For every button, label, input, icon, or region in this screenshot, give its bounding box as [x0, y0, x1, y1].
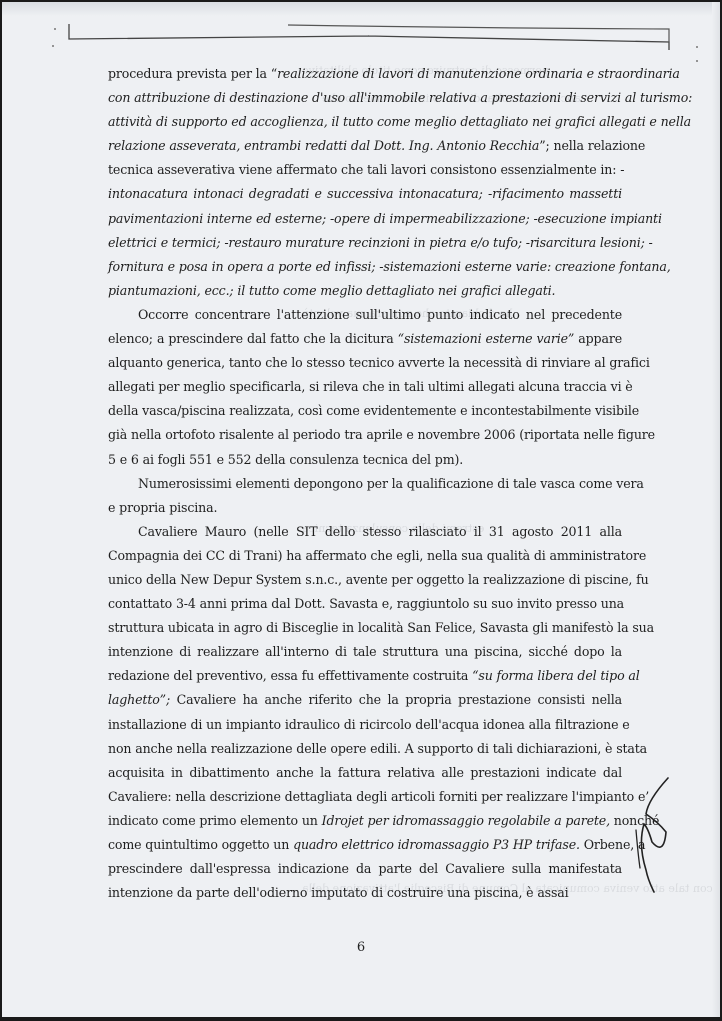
text-line: struttura ubicata in agro di Bisceglie i…	[108, 616, 622, 640]
text-segment: e propria piscina.	[108, 500, 217, 515]
scan-speck	[54, 28, 56, 30]
text-line: procedura prevista per la “realizzazione…	[108, 62, 622, 86]
text-line: relazione asseverata, entrambi redatti d…	[108, 134, 622, 158]
scan-speck	[696, 46, 698, 48]
italic-text: pavimentazioni interne ed esterne; -oper…	[108, 211, 662, 226]
text-segment: Cavaliere: nella descrizione dettagliata…	[108, 789, 649, 804]
text-line: piantumazioni, ecc.; il tutto come megli…	[108, 279, 622, 303]
text-line: Occorre concentrare l'attenzione sull'ul…	[108, 303, 622, 327]
text-segment: redazione del preventivo, essa fu effett…	[108, 668, 472, 683]
text-line: Cavaliere Mauro (nelle SIT dello stesso …	[108, 520, 622, 544]
body-text: procedura prevista per la “realizzazione…	[108, 62, 622, 905]
text-segment: Occorre concentrare l'attenzione sull'ul…	[138, 307, 622, 322]
paragraph-p3: Numerosissimi elementi depongono per la …	[108, 472, 622, 520]
italic-text: “su forma libera del tipo al	[472, 668, 639, 683]
text-segment: già nella ortofoto risalente al periodo …	[108, 427, 655, 442]
paragraph-p4: Cavaliere Mauro (nelle SIT dello stesso …	[108, 520, 622, 906]
text-segment: intenzione di realizzare all'interno di …	[108, 644, 622, 659]
text-line: Compagnia dei CC di Trani) ha affermato …	[108, 544, 622, 568]
text-line: contattato 3-4 anni prima dal Dott. Sava…	[108, 592, 622, 616]
text-segment: allegati per meglio specificarla, si ril…	[108, 379, 633, 394]
text-segment: contattato 3-4 anni prima dal Dott. Sava…	[108, 596, 624, 611]
italic-text: relazione asseverata, entrambi redatti d…	[108, 138, 539, 153]
text-line: con attribuzione di destinazione d'uso a…	[108, 86, 622, 110]
text-segment: elenco; a prescindere dal fatto che la d…	[108, 331, 398, 346]
text-line: acquisita in dibattimento anche la fattu…	[108, 761, 622, 785]
text-line: alquanto generica, tanto che lo stesso t…	[108, 351, 622, 375]
text-line: come quintultimo oggetto un quadro elett…	[108, 833, 622, 857]
italic-text: elettrici e termici; -restauro murature …	[108, 235, 653, 250]
text-line: pavimentazioni interne ed esterne; -oper…	[108, 207, 622, 231]
text-line: tecnica asseverativa viene affermato che…	[108, 158, 622, 182]
text-line: laghetto”; Cavaliere ha anche riferito c…	[108, 688, 622, 712]
text-segment: Cavaliere Mauro (nelle SIT dello stesso …	[138, 524, 622, 539]
text-line: 5 e 6 ai fogli 551 e 552 della consulenz…	[108, 448, 622, 472]
text-line: intenzione da parte dell'odierno imputat…	[108, 881, 622, 905]
text-segment: ”; nella relazione	[539, 138, 645, 153]
text-line: della vasca/piscina realizzata, così com…	[108, 399, 622, 423]
text-segment: tecnica asseverativa viene affermato che…	[108, 162, 624, 177]
text-segment: prescindere dall'espressa indicazione da…	[108, 861, 622, 876]
text-line: elenco; a prescindere dal fatto che la d…	[108, 327, 622, 351]
italic-text: realizzazione di lavori di manutenzione …	[277, 66, 680, 81]
text-segment: unico della New Depur System s.n.c., ave…	[108, 572, 649, 587]
text-segment: alquanto generica, tanto che lo stesso t…	[108, 355, 650, 370]
text-segment: acquisita in dibattimento anche la fattu…	[108, 765, 622, 780]
text-line: unico della New Depur System s.n.c., ave…	[108, 568, 622, 592]
text-line: indicato come primo elemento un Idrojet …	[108, 809, 622, 833]
text-line: intonacatura intonaci degradati e succes…	[108, 182, 622, 206]
text-line: redazione del preventivo, essa fu effett…	[108, 664, 622, 688]
text-line: già nella ortofoto risalente al periodo …	[108, 423, 622, 447]
text-segment: installazione di un impianto idraulico d…	[108, 717, 630, 732]
text-segment: Compagnia dei CC di Trani) ha affermato …	[108, 548, 646, 563]
text-segment: procedura prevista per la “	[108, 66, 277, 81]
italic-text: piantumazioni, ecc.; il tutto come megli…	[108, 283, 555, 298]
italic-text: Idrojet per idromassaggio regolabile a p…	[322, 813, 610, 828]
text-segment: della vasca/piscina realizzata, così com…	[108, 403, 639, 418]
italic-text: “sistemazioni esterne varie”	[398, 331, 575, 346]
text-segment: come quintultimo oggetto un	[108, 837, 293, 852]
text-line: non anche nella realizzazione delle oper…	[108, 737, 622, 761]
italic-text: con attribuzione di destinazione d'uso a…	[108, 90, 692, 105]
header-rule	[68, 22, 670, 50]
text-segment: indicato come primo elemento un	[108, 813, 322, 828]
text-segment: appare	[574, 331, 622, 346]
text-segment: struttura ubicata in agro di Bisceglie i…	[108, 620, 654, 635]
text-line: prescindere dall'espressa indicazione da…	[108, 857, 622, 881]
text-segment: 5 e 6 ai fogli 551 e 552 della consulenz…	[108, 452, 463, 467]
text-line: installazione di un impianto idraulico d…	[108, 713, 622, 737]
italic-text: attività di supporto ed accoglienza, il …	[108, 114, 691, 129]
paragraph-p2: Occorre concentrare l'attenzione sull'ul…	[108, 303, 622, 472]
italic-text: intonacatura intonaci degradati e succes…	[108, 186, 622, 201]
scan-speck	[696, 60, 698, 62]
text-segment: non anche nella realizzazione delle oper…	[108, 741, 647, 756]
text-line: allegati per meglio specificarla, si ril…	[108, 375, 622, 399]
text-line: e propria piscina.	[108, 496, 622, 520]
paragraph-p1: procedura prevista per la “realizzazione…	[108, 62, 622, 303]
text-segment: intenzione da parte dell'odierno imputat…	[108, 885, 569, 900]
text-segment: Numerosissimi elementi depongono per la …	[138, 476, 644, 491]
text-line: elettrici e termici; -restauro murature …	[108, 231, 622, 255]
scanned-page: permesso di costruire come titolo abilit…	[2, 2, 720, 1017]
scan-speck	[52, 45, 54, 47]
text-line: Cavaliere: nella descrizione dettagliata…	[108, 785, 622, 809]
page-number: 6	[2, 940, 720, 955]
text-segment: Cavaliere ha anche riferito che la propr…	[170, 692, 622, 707]
text-line: intenzione di realizzare all'interno di …	[108, 640, 622, 664]
italic-text: quadro elettrico idromassaggio P3 HP tri…	[293, 837, 580, 852]
handwritten-signature	[630, 770, 710, 900]
text-line: attività di supporto ed accoglienza, il …	[108, 110, 622, 134]
text-line: fornitura e posa in opera a porte ed inf…	[108, 255, 622, 279]
italic-text: fornitura e posa in opera a porte ed inf…	[108, 259, 671, 274]
text-line: Numerosissimi elementi depongono per la …	[108, 472, 622, 496]
italic-text: laghetto”;	[108, 692, 170, 707]
